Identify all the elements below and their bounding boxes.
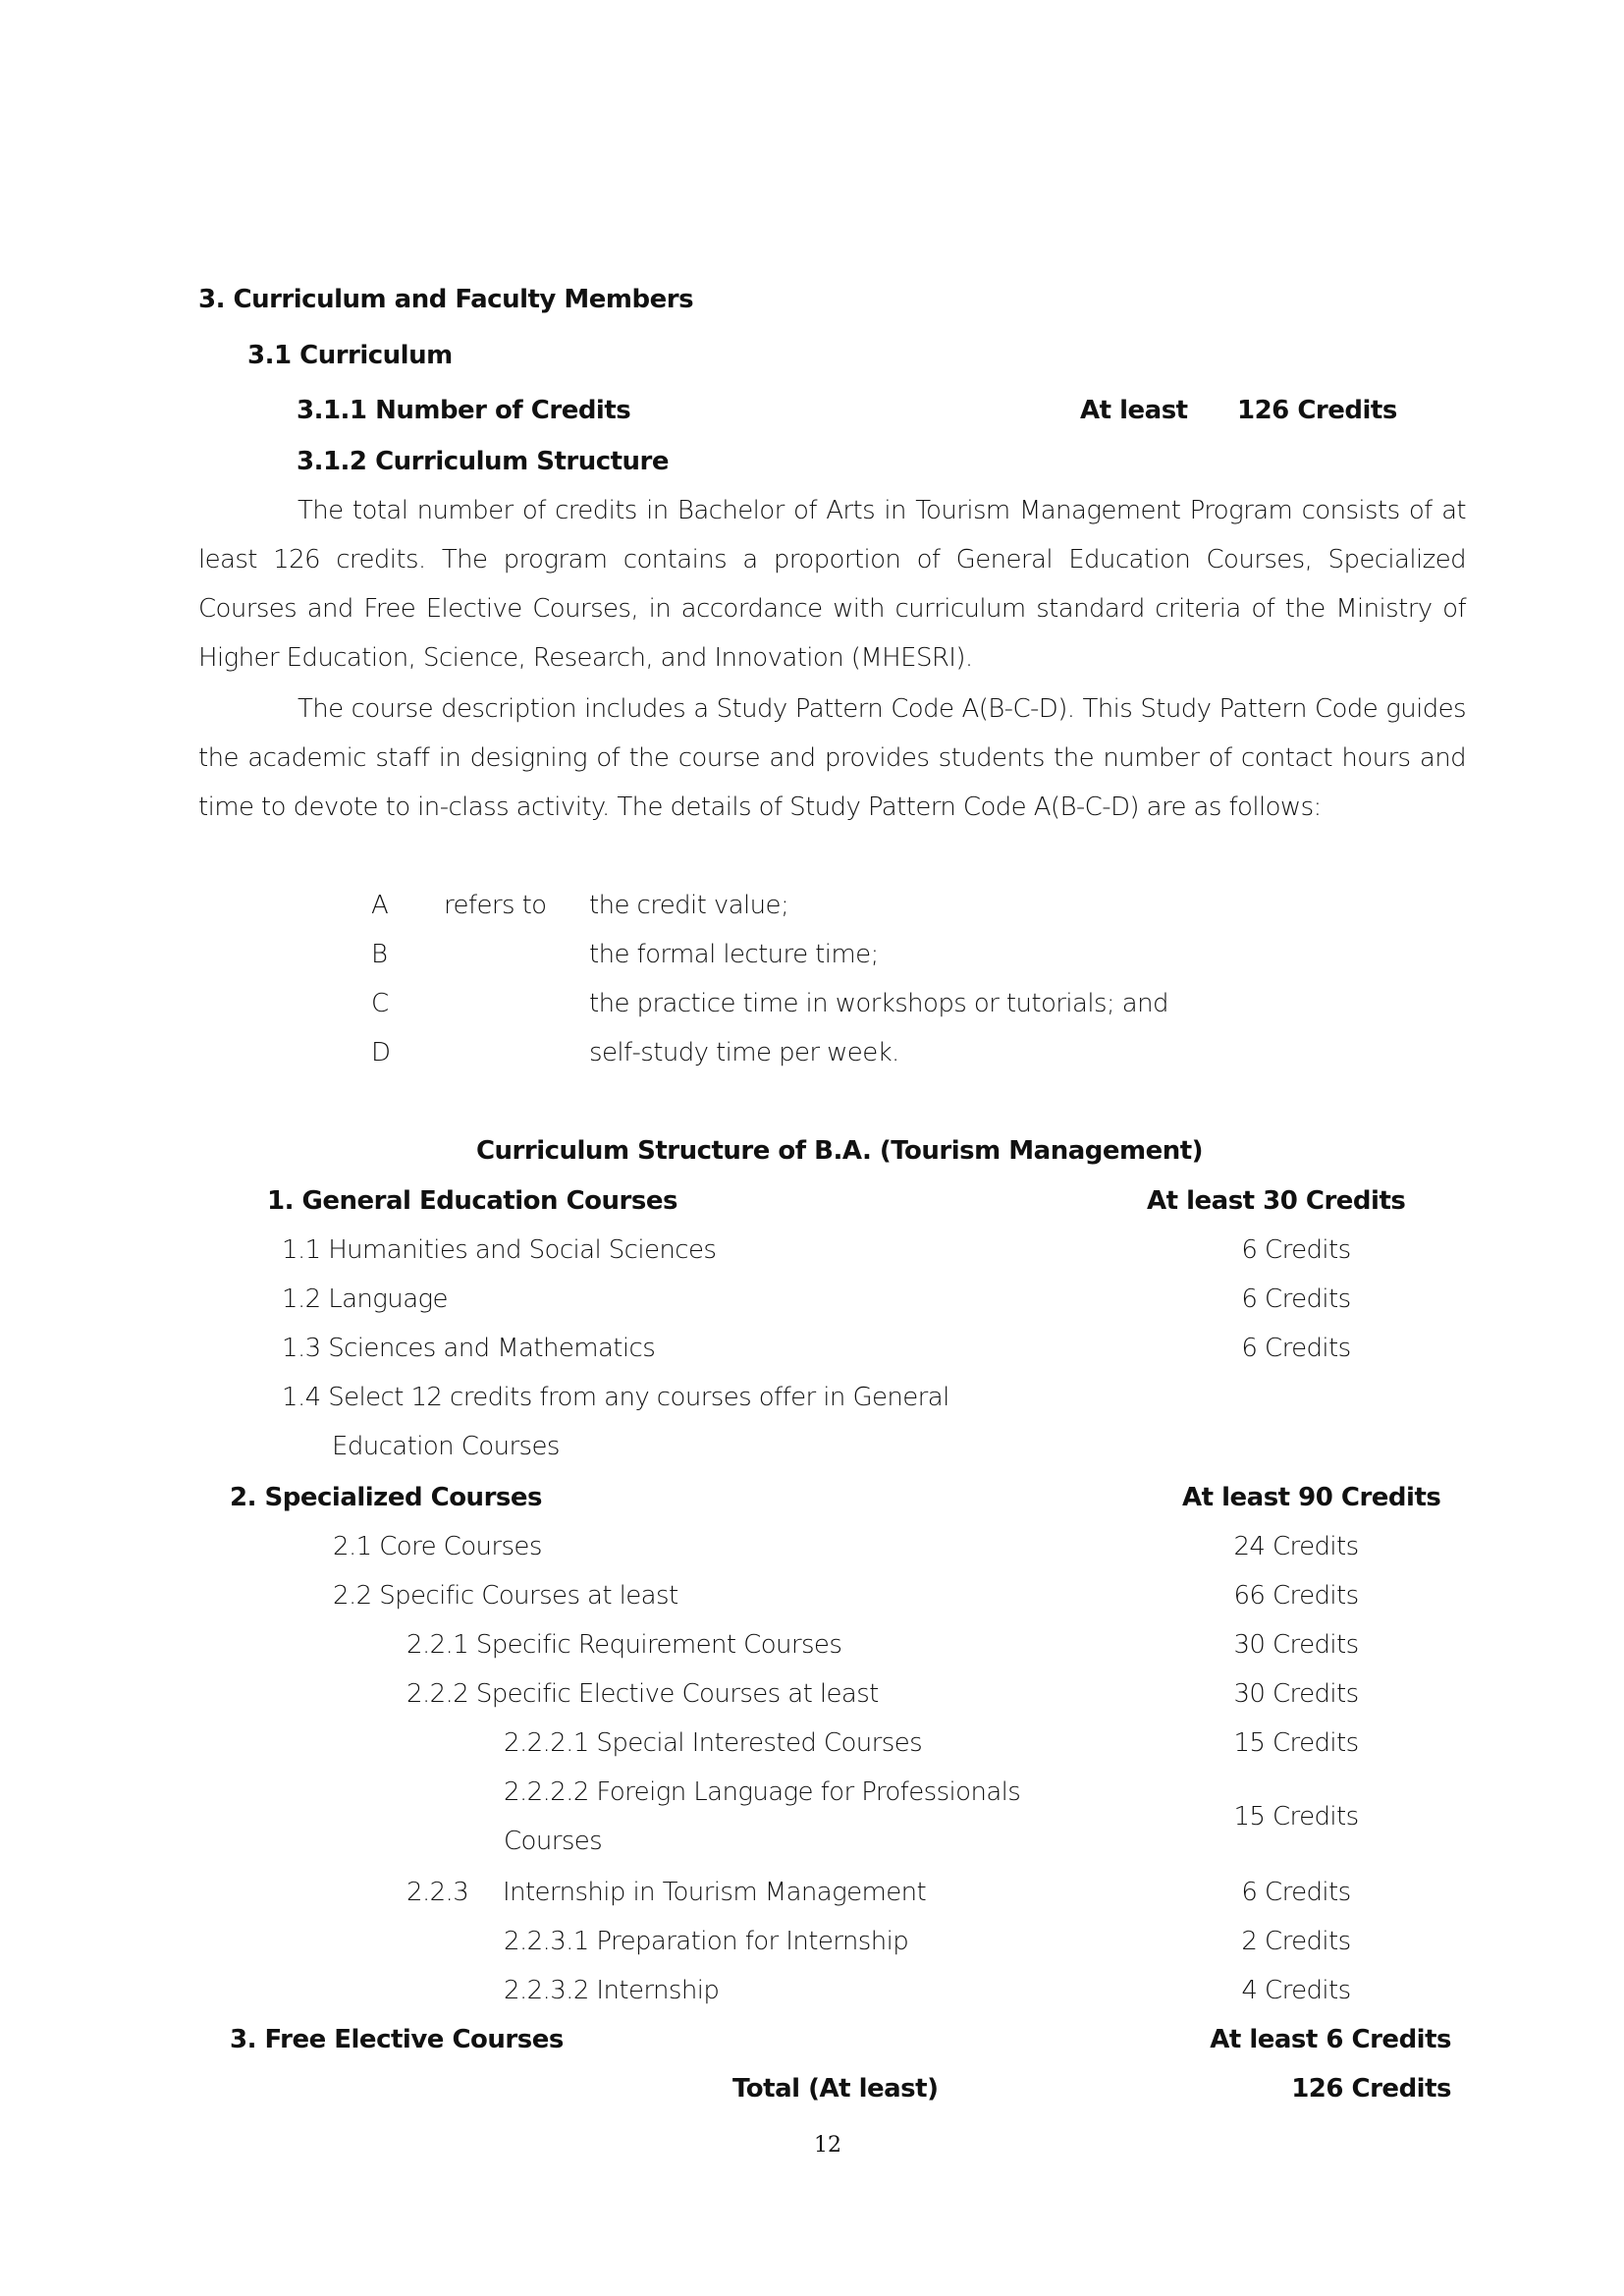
table-row-label: 2.2.2.1 Special Interested Courses bbox=[504, 1719, 922, 1768]
table-row-credits: 30 Credits bbox=[1208, 1620, 1384, 1669]
table-row-credits: 24 Credits bbox=[1208, 1522, 1384, 1571]
table-row-credits: 6 Credits bbox=[1198, 1226, 1394, 1275]
table-row-label: 2.2.2 Specific Elective Courses at least bbox=[406, 1669, 879, 1719]
pattern-letter: C bbox=[371, 979, 389, 1028]
page-number: 12 bbox=[788, 2121, 867, 2170]
table-row-credits: 6 Credits bbox=[1198, 1275, 1394, 1324]
table-row-label: 2. Specialized Courses bbox=[230, 1473, 542, 1522]
table-row-credits: At least 30 Credits bbox=[1147, 1176, 1405, 1226]
table-row-label: 2.2.3.2 Internship bbox=[504, 1966, 719, 2015]
table-row-credits: 4 Credits bbox=[1208, 1966, 1384, 2015]
section-heading: 3. Curriculum and Faculty Members bbox=[198, 275, 693, 324]
table-row-label: 3. Free Elective Courses bbox=[230, 2015, 564, 2064]
table-row-label: Internship in Tourism Management bbox=[503, 1868, 926, 1917]
pattern-meaning: the formal lecture time; bbox=[589, 930, 879, 979]
pattern-connector: refers to bbox=[444, 881, 546, 930]
table-row-credits: 15 Credits bbox=[1208, 1719, 1384, 1768]
pattern-letter: B bbox=[371, 930, 387, 979]
subsection-heading: 3.1 Curriculum bbox=[247, 331, 453, 380]
table-row-label-continuation: Courses bbox=[504, 1817, 602, 1866]
table-row-credits: 6 Credits bbox=[1208, 1868, 1384, 1917]
table-row-label: 1.3 Sciences and Mathematics bbox=[282, 1324, 655, 1373]
pattern-meaning: the credit value; bbox=[589, 881, 788, 930]
table-row-label: 1.1 Humanities and Social Sciences bbox=[282, 1226, 716, 1275]
table-row-credits: 2 Credits bbox=[1208, 1917, 1384, 1966]
table-row-label: 1.2 Language bbox=[282, 1275, 448, 1324]
paragraph-study-pattern: The course description includes a Study … bbox=[198, 684, 1466, 832]
number-of-credits-label: 3.1.1 Number of Credits bbox=[297, 386, 630, 435]
table-row-credits: 6 Credits bbox=[1198, 1324, 1394, 1373]
number-of-credits-value: 126 Credits bbox=[1237, 386, 1397, 435]
table-row-credits: 30 Credits bbox=[1208, 1669, 1384, 1719]
paragraph-credits: The total number of credits in Bachelor … bbox=[198, 486, 1466, 683]
table-row-credits: 15 Credits bbox=[1208, 1792, 1384, 1841]
table-row-credits: 66 Credits bbox=[1208, 1571, 1384, 1620]
total-value: 126 Credits bbox=[1218, 2064, 1451, 2113]
pattern-letter: A bbox=[371, 881, 388, 930]
curriculum-structure-heading: 3.1.2 Curriculum Structure bbox=[297, 437, 669, 486]
pattern-meaning: the practice time in workshops or tutori… bbox=[589, 979, 1168, 1028]
table-row-label: 2.2.2.2 Foreign Language for Professiona… bbox=[504, 1768, 1020, 1817]
total-label: Total (At least) bbox=[732, 2064, 938, 2113]
table-row-label-continuation: Education Courses bbox=[332, 1422, 560, 1471]
table-row-label: 2.1 Core Courses bbox=[333, 1522, 542, 1571]
table-row-label: 2.2.1 Specific Requirement Courses bbox=[406, 1620, 841, 1669]
table-row-label: 2.2 Specific Courses at least bbox=[333, 1571, 678, 1620]
structure-table-title: Curriculum Structure of B.A. (Tourism Ma… bbox=[393, 1126, 1286, 1175]
number-of-credits-qualifier: At least bbox=[1080, 386, 1188, 435]
table-row-label: 1. General Education Courses bbox=[267, 1176, 677, 1226]
pattern-letter: D bbox=[371, 1028, 390, 1077]
table-row-number: 2.2.3 bbox=[406, 1868, 468, 1917]
table-row-credits: At least 6 Credits bbox=[1159, 2015, 1451, 2064]
table-row-credits: At least 90 Credits bbox=[1182, 1473, 1440, 1522]
table-row-label: 2.2.3.1 Preparation for Internship bbox=[504, 1917, 908, 1966]
pattern-meaning: self-study time per week. bbox=[589, 1028, 899, 1077]
table-row-label: 1.4 Select 12 credits from any courses o… bbox=[282, 1373, 949, 1422]
